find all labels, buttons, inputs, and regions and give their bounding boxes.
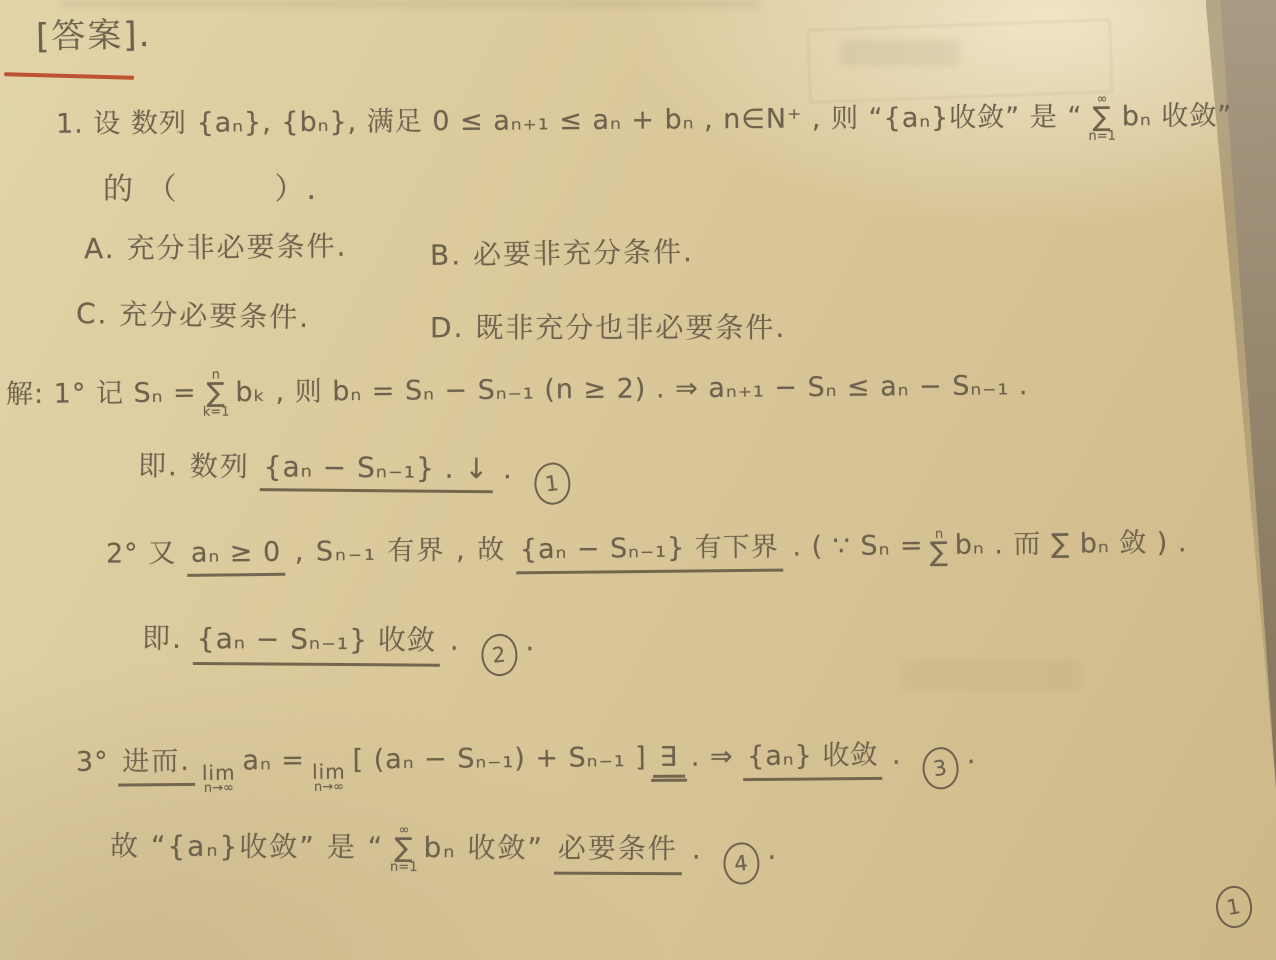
step3-text-c: . ⇒ (691, 741, 734, 772)
step3-text-b: [ (aₙ − Sₙ₋₁) + Sₙ₋₁ ] (352, 742, 646, 776)
sum-operator: ∞∑n=1 (390, 824, 418, 874)
bleed-through-mark (840, 40, 960, 66)
step3-underlined-furthermore: 进而. (118, 739, 195, 787)
step2-underlined-conclusion: {aₙ − Sₙ₋₁} 有下界 (516, 525, 783, 575)
problem-statement-line1: 1. 设 数列 {aₙ}, {bₙ}, 满足 0 ≤ aₙ₊₁ ≤ aₙ + b… (56, 92, 1233, 151)
solution-final-line: 故 “{aₙ}收敛” 是 “∞∑n=1bₙ 收敛” 必要条件 . 4 . (110, 822, 778, 876)
step2-underlined-result: {aₙ − Sₙ₋₁} 收敛 (193, 617, 440, 667)
page-number-container: 1 (1216, 886, 1252, 928)
sigma-symbol: ∑ (206, 382, 225, 406)
problem-statement-line2: 的 （ ）. (103, 164, 318, 208)
step3-text-a: aₙ = (242, 745, 305, 777)
sum-operator: n∑ (929, 528, 949, 565)
option-d-label: D. (430, 311, 464, 344)
sum-operator: ∞∑n=1 (1088, 93, 1116, 143)
step1-line2-lead: 即. 数列 (138, 449, 250, 483)
red-underline (4, 72, 134, 80)
final-text-b: bₙ 收敛” (423, 831, 544, 865)
bleed-through-mark (60, 0, 760, 8)
solution-step2-line2: 即. {aₙ − Sₙ₋₁} 收敛 . 2 . (142, 617, 536, 668)
step3-text-d: . (892, 740, 902, 771)
option-c-label: C. (76, 297, 109, 331)
option-b-label: B. (430, 238, 463, 271)
option-d: D. 既非充分也非必要条件. (430, 306, 786, 346)
page-number-circled: 1 (1213, 883, 1256, 931)
solution-step1-line2: 即. 数列 {aₙ − Sₙ₋₁} . ↓ . 1 (138, 444, 569, 494)
option-a-label: A. (84, 232, 116, 265)
sum-lower-limit: n=1 (390, 861, 417, 874)
option-b-text: 必要非充分条件. (473, 235, 694, 271)
answer-header: [答案]. (36, 7, 152, 58)
sum-lower-limit: n=1 (1088, 130, 1115, 143)
final-text-c: . (692, 832, 702, 865)
lim-subscript: n→∞ (204, 782, 234, 795)
problem-text-prefix: 1. 设 数列 {aₙ}, {bₙ}, 满足 0 ≤ aₙ₊₁ ≤ aₙ + b… (56, 102, 1083, 140)
solution-step2-line1: 2° 又 aₙ ≥ 0 , Sₙ₋₁ 有界 , 故 {aₙ − Sₙ₋₁} 有下… (106, 520, 1188, 578)
lim-subscript: n→∞ (314, 781, 344, 794)
step2-line2-dot: . (450, 624, 460, 657)
step3-badge-dot: . (967, 739, 977, 770)
sum-lower-limit: k=1 (203, 406, 230, 419)
step2-badge-dot: . (525, 624, 535, 657)
step1-text-a: 记 Sₙ = (96, 377, 197, 409)
final-text-a: 故 “{aₙ}收敛” 是 “ (110, 829, 384, 863)
circled-number-2: 2 (479, 632, 520, 678)
solution-step1-line1: 解: 1° 记 Sₙ =n∑k=1bₖ , 则 bₙ = Sₙ − Sₙ₋₁ (… (6, 362, 1029, 421)
limit-operator: limn→∞ (202, 763, 236, 795)
notebook-photo: [答案]. 1. 设 数列 {aₙ}, {bₙ}, 满足 0 ≤ aₙ₊₁ ≤ … (0, 0, 1276, 960)
option-a-text: 充分非必要条件. (126, 230, 347, 265)
circled-number-1: 1 (532, 461, 573, 507)
solution-step3-line1: 3° 进而.limn→∞aₙ =limn→∞[ (aₙ − Sₙ₋₁) + Sₙ… (76, 732, 977, 796)
step3-underlined-conclusion: {aₙ} 收敛 (743, 733, 883, 781)
circled-number-4: 4 (721, 841, 762, 887)
limit-operator: limn→∞ (312, 762, 346, 794)
solution-lead: 解: (6, 379, 44, 410)
exists-symbol-double-underlined: ∃ (653, 742, 685, 778)
step2-marker: 2° (106, 538, 139, 569)
step1-line2-dot: . (503, 452, 513, 485)
step2-text-a: 又 (148, 538, 177, 569)
sigma-symbol: ∑ (394, 837, 413, 861)
step2-text-c: . (792, 531, 802, 562)
step2-text-b: , Sₙ₋₁ 有界 , 故 (295, 534, 507, 567)
step1-marker: 1° (54, 378, 87, 409)
step2-underlined-hypothesis: aₙ ≥ 0 (187, 537, 286, 577)
sum-operator: n∑k=1 (202, 369, 229, 420)
option-a: A. 充分非必要条件. (84, 225, 348, 268)
option-d-text: 既非充分也非必要条件. (475, 311, 786, 344)
bleed-through-mark (900, 660, 1080, 690)
step2-note-pre: ( ∵ Sₙ = (811, 530, 923, 562)
step2-line2-lead: 即. (142, 622, 183, 655)
step2-note-mid: bₙ . 而 ∑ bₙ 敛 ) . (955, 527, 1188, 560)
problem-text-suffix: bₙ 收敛” (1122, 101, 1233, 133)
step3-marker: 3° (76, 747, 109, 778)
sigma-symbol: ∑ (930, 541, 949, 565)
sigma-symbol: ∑ (1092, 106, 1111, 130)
step1-underlined-conclusion: {aₙ − Sₙ₋₁} . ↓ (260, 450, 494, 493)
final-underlined-necessary-condition: 必要条件 (554, 827, 682, 876)
option-c-text: 充分必要条件. (119, 298, 310, 334)
step1-text-b: bₖ , 则 bₙ = Sₙ − Sₙ₋₁ (n ≥ 2) . ⇒ aₙ₊₁ −… (235, 370, 1028, 408)
option-b: B. 必要非充分条件. (430, 230, 694, 274)
option-c: C. 充分必要条件. (76, 292, 311, 336)
final-badge-dot: . (767, 833, 777, 866)
circled-number-3: 3 (920, 745, 961, 791)
